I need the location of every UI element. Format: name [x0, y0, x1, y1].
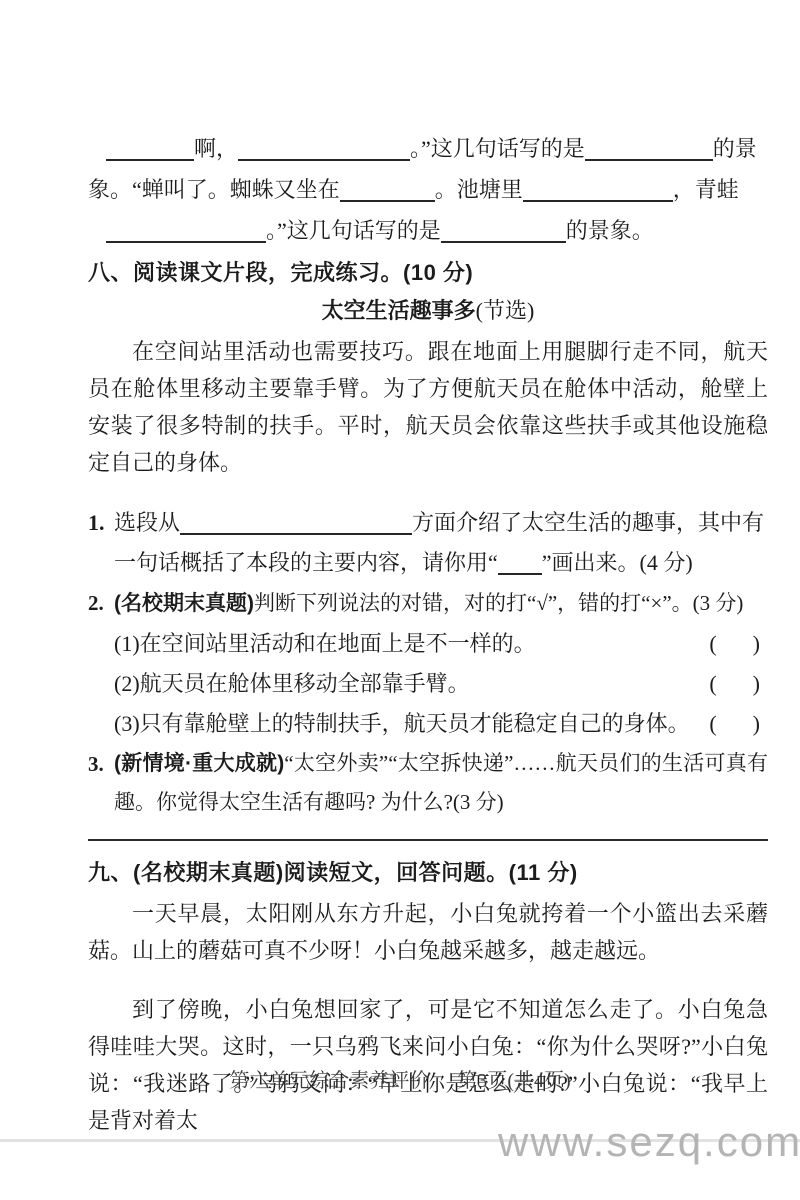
question-2-text: 判断下列说法的对错，对的打“√”，错的打“×”。(3 分) [254, 591, 743, 615]
bracket-open: ( [709, 664, 716, 704]
answer-bracket-2: ( ) [709, 664, 768, 704]
fill-line-2: 象。“蝉叫了。蜘蛛又坐在。池塘里，青蛙 [88, 169, 768, 210]
passage-title-text: 太空生活趣事多 [322, 298, 476, 323]
story-paragraph-1: 一天早晨，太阳刚从东方升起，小白兔就挎着一个小篮出去采蘑菇。山上的蘑菇可真不少呀… [88, 895, 768, 969]
true-false-item-2: (2)航天员在舱体里移动全部靠手臂。 ( ) [114, 664, 768, 704]
answer-bracket-3: ( ) [709, 704, 768, 744]
question-2-tag: (名校期末真题) [114, 592, 254, 615]
question-1-number: 1. [88, 503, 105, 543]
exam-sheet: 啊，。”这几句话写的是的景 象。“蝉叫了。蜘蛛又坐在。池塘里，青蛙 。”这几句话… [0, 0, 800, 1200]
fill-line-3: 。”这几句话写的是的景象。 [88, 210, 768, 251]
answer-bracket-1: ( ) [709, 624, 768, 664]
section-8-heading: 八、阅读课文片段，完成练习。(10 分) [88, 255, 768, 291]
watermark-text: www.sezq.com [498, 1118, 800, 1166]
fill-in-block: 啊，。”这几句话写的是的景 象。“蝉叫了。蜘蛛又坐在。池塘里，青蛙 。”这几句话… [88, 0, 768, 251]
question-3-tag: (新情境·重大成就) [114, 752, 284, 775]
question-1: 1. 选段从方面介绍了太空生活的趣事，其中有 一句话概括了本段的主要内容，请你用… [88, 503, 768, 583]
question-2-number: 2. [88, 583, 104, 623]
footer-unit-title: 第六单元综合素养评价 [229, 1064, 429, 1093]
bracket-close: ) [753, 664, 760, 704]
section-9-heading: 九、(名校期末真题)阅读短文，回答问题。(11 分) [88, 853, 768, 893]
true-false-item-3: (3)只有靠舱壁上的特制扶手，航天员才能稳定自己的身体。 ( ) [114, 704, 768, 744]
question-1-line-1: 选段从方面介绍了太空生活的趣事，其中有 [114, 503, 768, 543]
footer-page-number: 第3页(共4页) [457, 1064, 570, 1093]
bracket-open: ( [709, 704, 716, 744]
question-1-line-2: 一句话概括了本段的主要内容，请你用“”画出来。(4 分) [114, 543, 768, 583]
question-3-number: 3. [88, 744, 104, 784]
true-false-item-1: (1)在空间站里活动和在地面上是不一样的。 ( ) [114, 624, 768, 664]
true-false-list: (1)在空间站里活动和在地面上是不一样的。 ( ) (2)航天员在舱体里移动全部… [88, 624, 768, 744]
passage-title: 太空生活趣事多(节选) [88, 293, 768, 329]
page-footer: 第六单元综合素养评价 第3页(共4页) [0, 1064, 800, 1093]
section-divider [88, 839, 768, 841]
true-false-item-1-text: (1)在空间站里活动和在地面上是不一样的。 [114, 624, 536, 664]
fill-line-1: 啊，。”这几句话写的是的景 [88, 128, 768, 169]
true-false-item-3-text: (3)只有靠舱壁上的特制扶手，航天员才能稳定自己的身体。 [114, 704, 690, 744]
passage-text: 在空间站里活动也需要技巧。跟在地面上用腿脚行走不同，航天员在舱体里移动主要靠手臂… [88, 333, 768, 481]
exam-content: 啊，。”这几句话写的是的景 象。“蝉叫了。蜘蛛又坐在。池塘里，青蛙 。”这几句话… [88, 0, 768, 1139]
bracket-close: ) [753, 704, 760, 744]
true-false-item-2-text: (2)航天员在舱体里移动全部靠手臂。 [114, 664, 470, 704]
bracket-open: ( [709, 624, 716, 664]
question-2: 2. (名校期末真题)判断下列说法的对错，对的打“√”，错的打“×”。(3 分) [88, 583, 768, 624]
passage-title-note: (节选) [476, 298, 535, 323]
bracket-close: ) [753, 624, 760, 664]
question-3: 3. (新情境·重大成就)“太空外卖”“太空拆快递”……航天员们的生活可真有趣。… [88, 744, 768, 821]
